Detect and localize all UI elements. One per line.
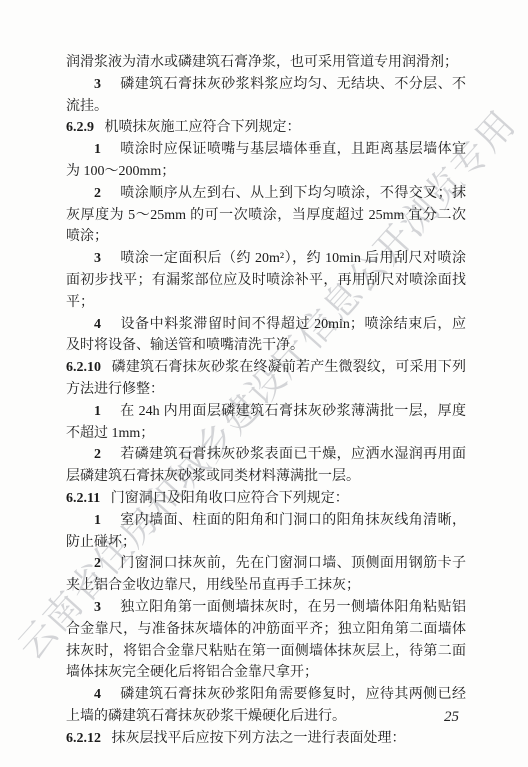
item-number: 2 [94, 186, 101, 201]
continuation-paragraph: 润滑浆液为清水或磷建筑石膏净浆，也可采用管道专用润滑剂； [66, 52, 466, 74]
paragraph-text: 独立阳角第一面侧墙抹灰时，在另一侧墙体阳角粘贴铝合金靠尺，与准备抹灰墙体的冲筋面… [66, 600, 466, 680]
paragraph-text: 设备中料浆滞留时间不得超过 20min；喷涂结束后，应及时将设备、输送管和喷嘴清… [66, 317, 466, 354]
document-page: 云南省住房和城乡建设厅信息公开浏览专用 润滑浆液为清水或磷建筑石膏净浆，也可采用… [0, 0, 528, 767]
paragraph-text: 喷涂顺序从左到右、从上到下均匀喷涂，不得交叉；抹灰厚度为 5～25mm 的可一次… [66, 186, 466, 245]
clause-item: 2若磷建筑石膏抹灰砂浆表面已干燥，应洒水湿润再用面层磷建筑石膏抹灰砂浆或同类材料… [66, 444, 466, 488]
item-number: 1 [94, 404, 101, 419]
clause-item: 1喷涂时应保证喷嘴与基层墙体垂直，且距离基层墙体宜为 100～200mm； [66, 139, 466, 183]
section-number: 6.2.9 [66, 120, 94, 135]
page-number: 25 [444, 709, 459, 726]
paragraph-text: 磷建筑石膏抹灰砂浆料浆应均匀、无结块、不分层、不流挂。 [66, 77, 466, 114]
clause-item: 2喷涂顺序从左到右、从上到下均匀喷涂，不得交叉；抹灰厚度为 5～25mm 的可一… [66, 183, 466, 248]
clause-item: 4磷建筑石膏抹灰砂浆阳角需要修复时，应待其两侧已经上墙的磷建筑石膏抹灰砂浆干燥硬… [66, 684, 466, 728]
paragraph-text: 门窗洞口抹灰前，先在门窗洞口墙、顶侧面用钢筋卡子夹上铝合金收边靠尺，用线坠吊直再… [66, 556, 466, 593]
paragraph-text: 抹灰层找平后应按下列方法之一进行表面处理： [112, 731, 406, 746]
section-heading: 6.2.10磷建筑石膏抹灰砂浆在终凝前若产生微裂纹，可采用下列方法进行修整： [66, 357, 466, 401]
item-number: 1 [94, 142, 101, 157]
item-number: 3 [94, 77, 101, 92]
item-number: 3 [94, 600, 101, 615]
clause-item: 1在 24h 内用面层磷建筑石膏抹灰砂浆薄满批一层，厚度不超过 1mm； [66, 401, 466, 445]
section-number: 6.2.10 [66, 360, 101, 375]
item-number: 2 [94, 556, 101, 571]
section-number: 6.2.12 [66, 731, 101, 746]
paragraph-text: 若磷建筑石膏抹灰砂浆表面已干燥，应洒水湿润再用面层磷建筑石膏抹灰砂浆或同类材料薄… [66, 447, 466, 484]
clause-item: 3独立阳角第一面侧墙抹灰时，在另一侧墙体阳角粘贴铝合金靠尺，与准备抹灰墙体的冲筋… [66, 597, 466, 684]
section-heading: 6.2.9机喷抹灰施工应符合下列规定： [66, 117, 466, 139]
page-body-text: 润滑浆液为清水或磷建筑石膏净浆，也可采用管道专用润滑剂； 3磷建筑石膏抹灰砂浆料… [66, 52, 466, 750]
paragraph-text: 机喷抹灰施工应符合下列规定： [105, 120, 301, 135]
paragraph-text: 磷建筑石膏抹灰砂浆阳角需要修复时，应待其两侧已经上墙的磷建筑石膏抹灰砂浆干燥硬化… [66, 687, 466, 724]
paragraph-text: 在 24h 内用面层磷建筑石膏抹灰砂浆薄满批一层，厚度不超过 1mm； [66, 404, 466, 441]
section-heading: 6.2.12抹灰层找平后应按下列方法之一进行表面处理： [66, 728, 466, 750]
paragraph-text: 室内墙面、柱面的阳角和门洞口的阳角抹灰线角清晰，防止碰坏； [66, 513, 466, 550]
paragraph-text: 磷建筑石膏抹灰砂浆在终凝前若产生微裂纹，可采用下列方法进行修整： [66, 360, 466, 397]
section-heading: 6.2.11门窗洞口及阳角收口应符合下列规定： [66, 488, 466, 510]
item-number: 3 [94, 251, 101, 266]
section-number: 6.2.11 [66, 491, 100, 506]
paragraph-text: 喷涂一定面积后（约 20m²），约 10min 后用刮尺对喷涂面初步找平；有漏浆… [66, 251, 466, 310]
item-number: 2 [94, 447, 101, 462]
clause-item: 3磷建筑石膏抹灰砂浆料浆应均匀、无结块、不分层、不流挂。 [66, 74, 466, 118]
clause-item: 1室内墙面、柱面的阳角和门洞口的阳角抹灰线角清晰，防止碰坏； [66, 510, 466, 554]
item-number: 4 [94, 687, 101, 702]
clause-item: 4设备中料浆滞留时间不得超过 20min；喷涂结束后，应及时将设备、输送管和喷嘴… [66, 314, 466, 358]
item-number: 4 [94, 317, 101, 332]
paragraph-text: 润滑浆液为清水或磷建筑石膏净浆，也可采用管道专用润滑剂； [66, 55, 458, 70]
clause-item: 3喷涂一定面积后（约 20m²），约 10min 后用刮尺对喷涂面初步找平；有漏… [66, 248, 466, 313]
paragraph-text: 喷涂时应保证喷嘴与基层墙体垂直，且距离基层墙体宜为 100～200mm； [66, 142, 466, 179]
paragraph-text: 门窗洞口及阳角收口应符合下列规定： [111, 491, 349, 506]
clause-item: 2门窗洞口抹灰前，先在门窗洞口墙、顶侧面用钢筋卡子夹上铝合金收边靠尺，用线坠吊直… [66, 553, 466, 597]
item-number: 1 [94, 513, 101, 528]
